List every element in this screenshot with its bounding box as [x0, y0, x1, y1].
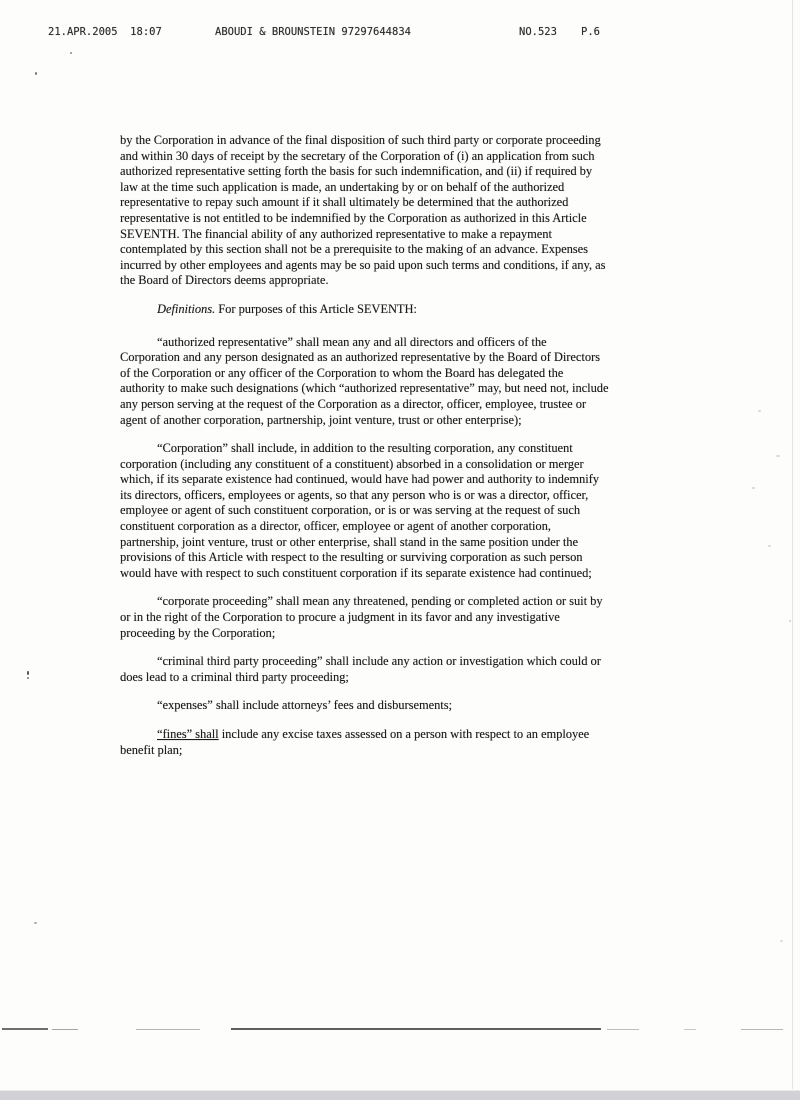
paragraph-expense-advancement-continuation: by the Corporation in advance of the fin… [120, 133, 609, 289]
scan-speckle [780, 940, 783, 942]
definition-corporation: “Corporation” shall include, in addition… [120, 441, 609, 581]
scan-artifact-line [136, 1029, 200, 1030]
document-body: by the Corporation in advance of the fin… [120, 133, 609, 771]
definition-corporate-proceeding: “corporate proceeding” shall mean any th… [120, 594, 609, 641]
scan-speckle [768, 545, 771, 547]
fax-page-number: P.6 [581, 26, 600, 38]
definition-expenses: “expenses” shall include attorneys’ fees… [120, 698, 609, 714]
definitions-heading: Definitions. For purposes of this Articl… [120, 302, 609, 318]
scan-speckle [70, 52, 72, 54]
scan-artifact-line [684, 1029, 696, 1030]
scan-speckle [776, 455, 780, 457]
definition-authorized-representative: “authorized representative” shall mean a… [120, 335, 609, 429]
scanner-bed-strip [0, 1091, 800, 1100]
fax-job-number: NO.523 [519, 26, 557, 38]
definitions-label: Definitions. [157, 302, 215, 316]
fax-header: 21.APR.2005 18:07 ABOUDI & BROUNSTEIN 97… [0, 26, 800, 42]
scan-speckle [27, 677, 29, 679]
definition-criminal-third-party-proceeding: “criminal third party proceeding” shall … [120, 654, 609, 685]
scan-artifact-line [741, 1029, 783, 1030]
fax-sender-line: ABOUDI & BROUNSTEIN 97297644834 [215, 26, 411, 38]
scan-speckle [27, 671, 29, 675]
page-edge-line [792, 0, 793, 1089]
scan-artifact-line [231, 1028, 601, 1030]
scan-speckle [35, 72, 37, 75]
scan-speckle [34, 922, 37, 924]
fax-datetime: 21.APR.2005 18:07 [48, 26, 162, 38]
scan-artifact-line [2, 1028, 48, 1030]
definitions-heading-rest: For purposes of this Article SEVENTH: [215, 302, 417, 316]
scan-speckle [789, 620, 791, 622]
scanned-fax-page: 21.APR.2005 18:07 ABOUDI & BROUNSTEIN 97… [0, 0, 800, 1100]
definition-fines: “fines” shall include any excise taxes a… [120, 727, 609, 758]
scan-speckle [758, 410, 761, 412]
fines-underlined-lead: “fines” shall [157, 727, 219, 741]
scan-artifact-line [607, 1029, 639, 1030]
scan-speckle [752, 487, 755, 489]
scan-artifact-line [52, 1029, 78, 1030]
